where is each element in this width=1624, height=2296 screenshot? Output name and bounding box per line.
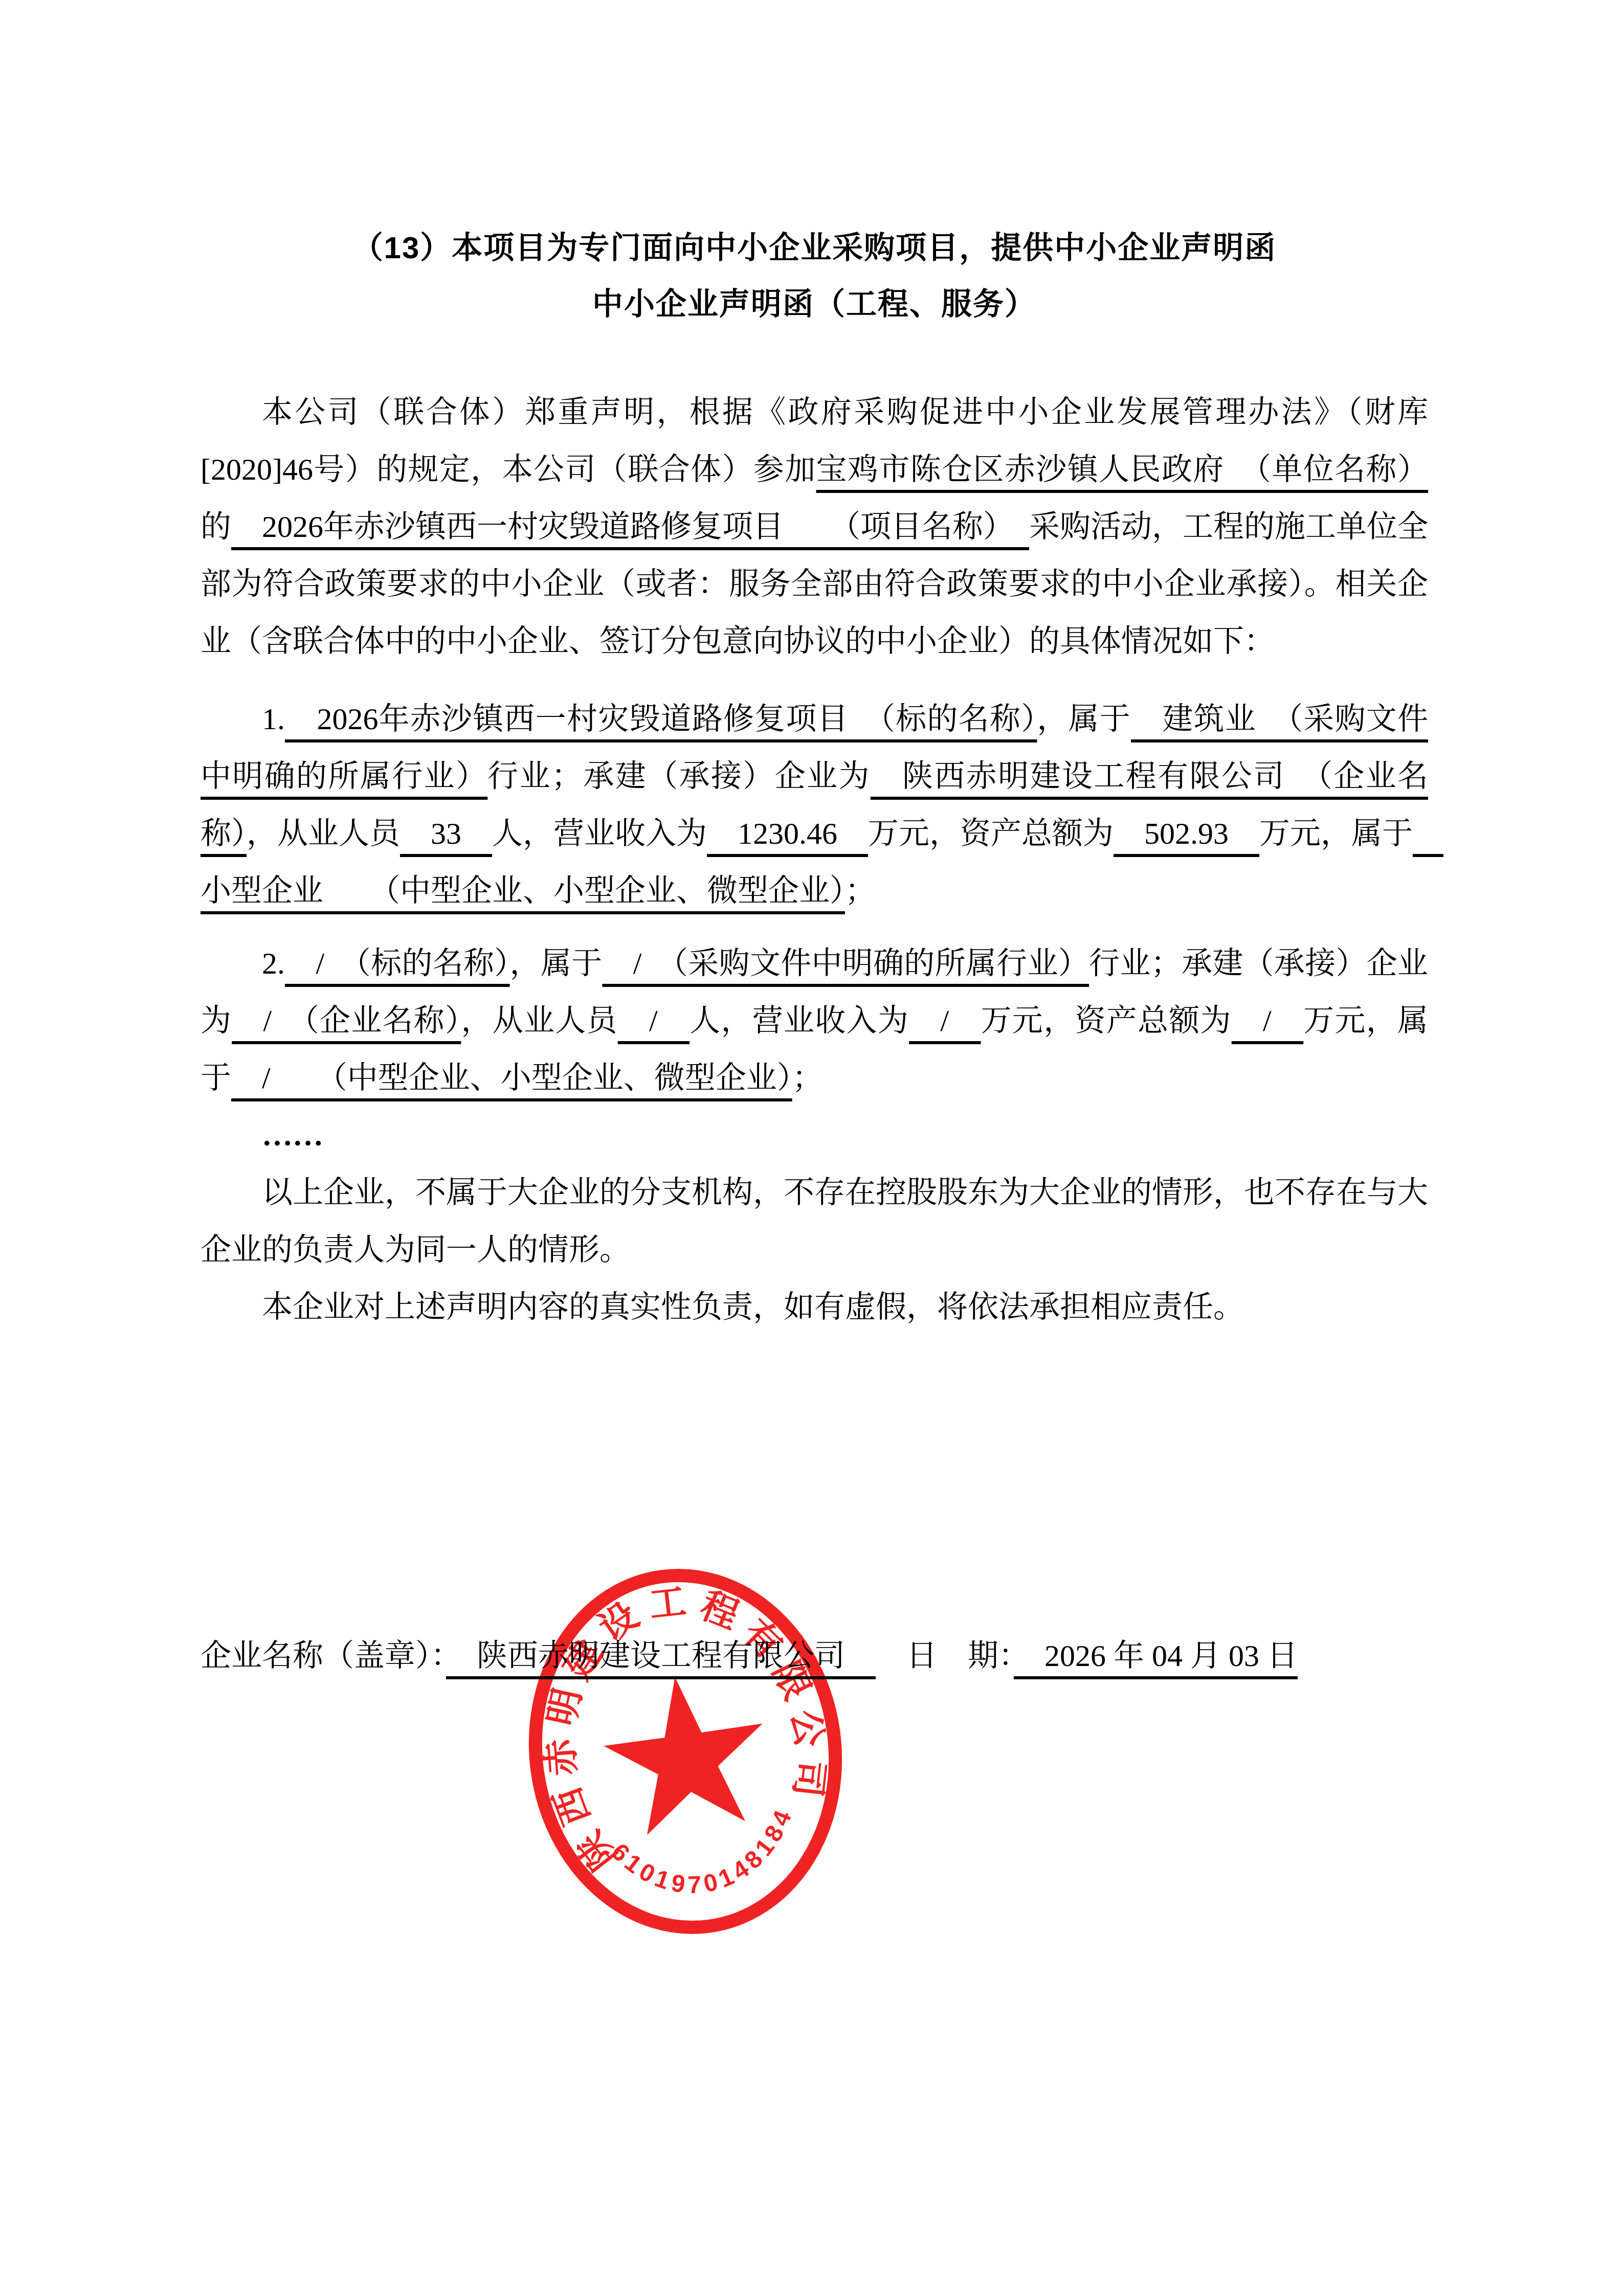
document-title-line1: （13）本项目为专门面向中小企业采购项目，提供中小企业声明函 [201, 220, 1428, 276]
text-run: ； [792, 1061, 823, 1095]
text-run: 企业名称（盖章）： [201, 1639, 446, 1673]
text-run: 日 期： [876, 1639, 1014, 1673]
text-run: / （中型企业、小型企业、微型企业） [231, 1061, 792, 1095]
text-run: / （采购文件中明确的所属行业） [602, 947, 1089, 980]
text-run: 人，营业收入为 [689, 1004, 909, 1038]
signature-line: 企业名称（盖章）： 陕西赤明建设工程有限公司 日 期： 2026 年 04 月 … [201, 1627, 1428, 1684]
text-run: 万元，资产总额为 [981, 1004, 1232, 1038]
text-run: 2026 年 04 月 03 日 [1014, 1639, 1298, 1673]
text-run: / （企业名称） [232, 1004, 461, 1038]
paragraph-responsibility: 本企业对上述声明内容的真实性负责，如有虚假，将依法承担相应责任。 [201, 1278, 1428, 1336]
text-run: ，从业人员 [461, 1004, 617, 1038]
text-run: 2026年赤沙镇西一村灾毁道路修复项目 （项目名称） [231, 510, 1029, 544]
text-run: 1. [262, 702, 285, 736]
svg-text:6101970148184: 6101970148184 [602, 1802, 807, 1911]
seal-number-text: 6101970148184 [602, 1802, 807, 1911]
text-run: ； [845, 874, 876, 908]
paragraph-item-1: 1. 2026年赤沙镇西一村灾毁道路修复项目 （标的名称），属于 建筑业 （采购… [201, 690, 1428, 919]
paragraph-item-2: 2. / （标的名称），属于 / （采购文件中明确的所属行业）行业；承建（承接）… [201, 935, 1428, 1107]
document-title-line2: 中小企业声明函（工程、服务） [201, 276, 1428, 332]
text-run: ，从业人员 [247, 817, 400, 850]
document-page: （13）本项目为专门面向中小企业采购项目，提供中小企业声明函 中小企业声明函（工… [0, 0, 1624, 2296]
text-run: 33 [400, 817, 492, 850]
text-run: 宝鸡市陈仓区赤沙镇人民政府 （单位名称） [816, 453, 1428, 486]
seal-star-icon [595, 1666, 775, 1839]
text-run: 行业；承建（承接）企业为 [487, 759, 870, 793]
text-run: …… [262, 1118, 323, 1152]
text-run: / [618, 1004, 689, 1038]
text-run: 以上企业，不属于大企业的分支机构，不存在控股股东为大企业的情形，也不存在与大企业… [201, 1176, 1428, 1267]
paragraph-declaration-intro: 本公司（联合体）郑重声明，根据《政府采购促进中小企业发展管理办法》（财库[202… [201, 384, 1428, 670]
paragraph-ellipsis: …… [201, 1107, 1428, 1164]
text-run: 1230.46 [707, 817, 868, 850]
text-run: ，属于 [1037, 702, 1131, 736]
text-run: 万元，资产总额为 [868, 817, 1114, 850]
text-run: / （标的名称） [285, 947, 510, 980]
text-run: ，属于 [510, 947, 603, 980]
document-content: （13）本项目为专门面向中小企业采购项目，提供中小企业声明函 中小企业声明函（工… [201, 220, 1428, 1684]
text-run: 陕西赤明建设工程有限公司 [446, 1639, 876, 1673]
text-run: / [1232, 1004, 1303, 1038]
text-run: 的 [201, 510, 231, 544]
text-run: / [909, 1004, 981, 1038]
paragraph-no-branch: 以上企业，不属于大企业的分支机构，不存在控股股东为大企业的情形，也不存在与大企业… [201, 1164, 1428, 1278]
text-run: 万元，属于 [1259, 817, 1413, 850]
text-run: 2026年赤沙镇西一村灾毁道路修复项目 （标的名称） [285, 702, 1037, 736]
text-run: 2. [262, 947, 285, 980]
text-run: 人，营业收入为 [492, 817, 707, 850]
text-run: 502.93 [1114, 817, 1259, 850]
text-run: 本企业对上述声明内容的真实性负责，如有虚假，将依法承担相应责任。 [262, 1290, 1244, 1324]
